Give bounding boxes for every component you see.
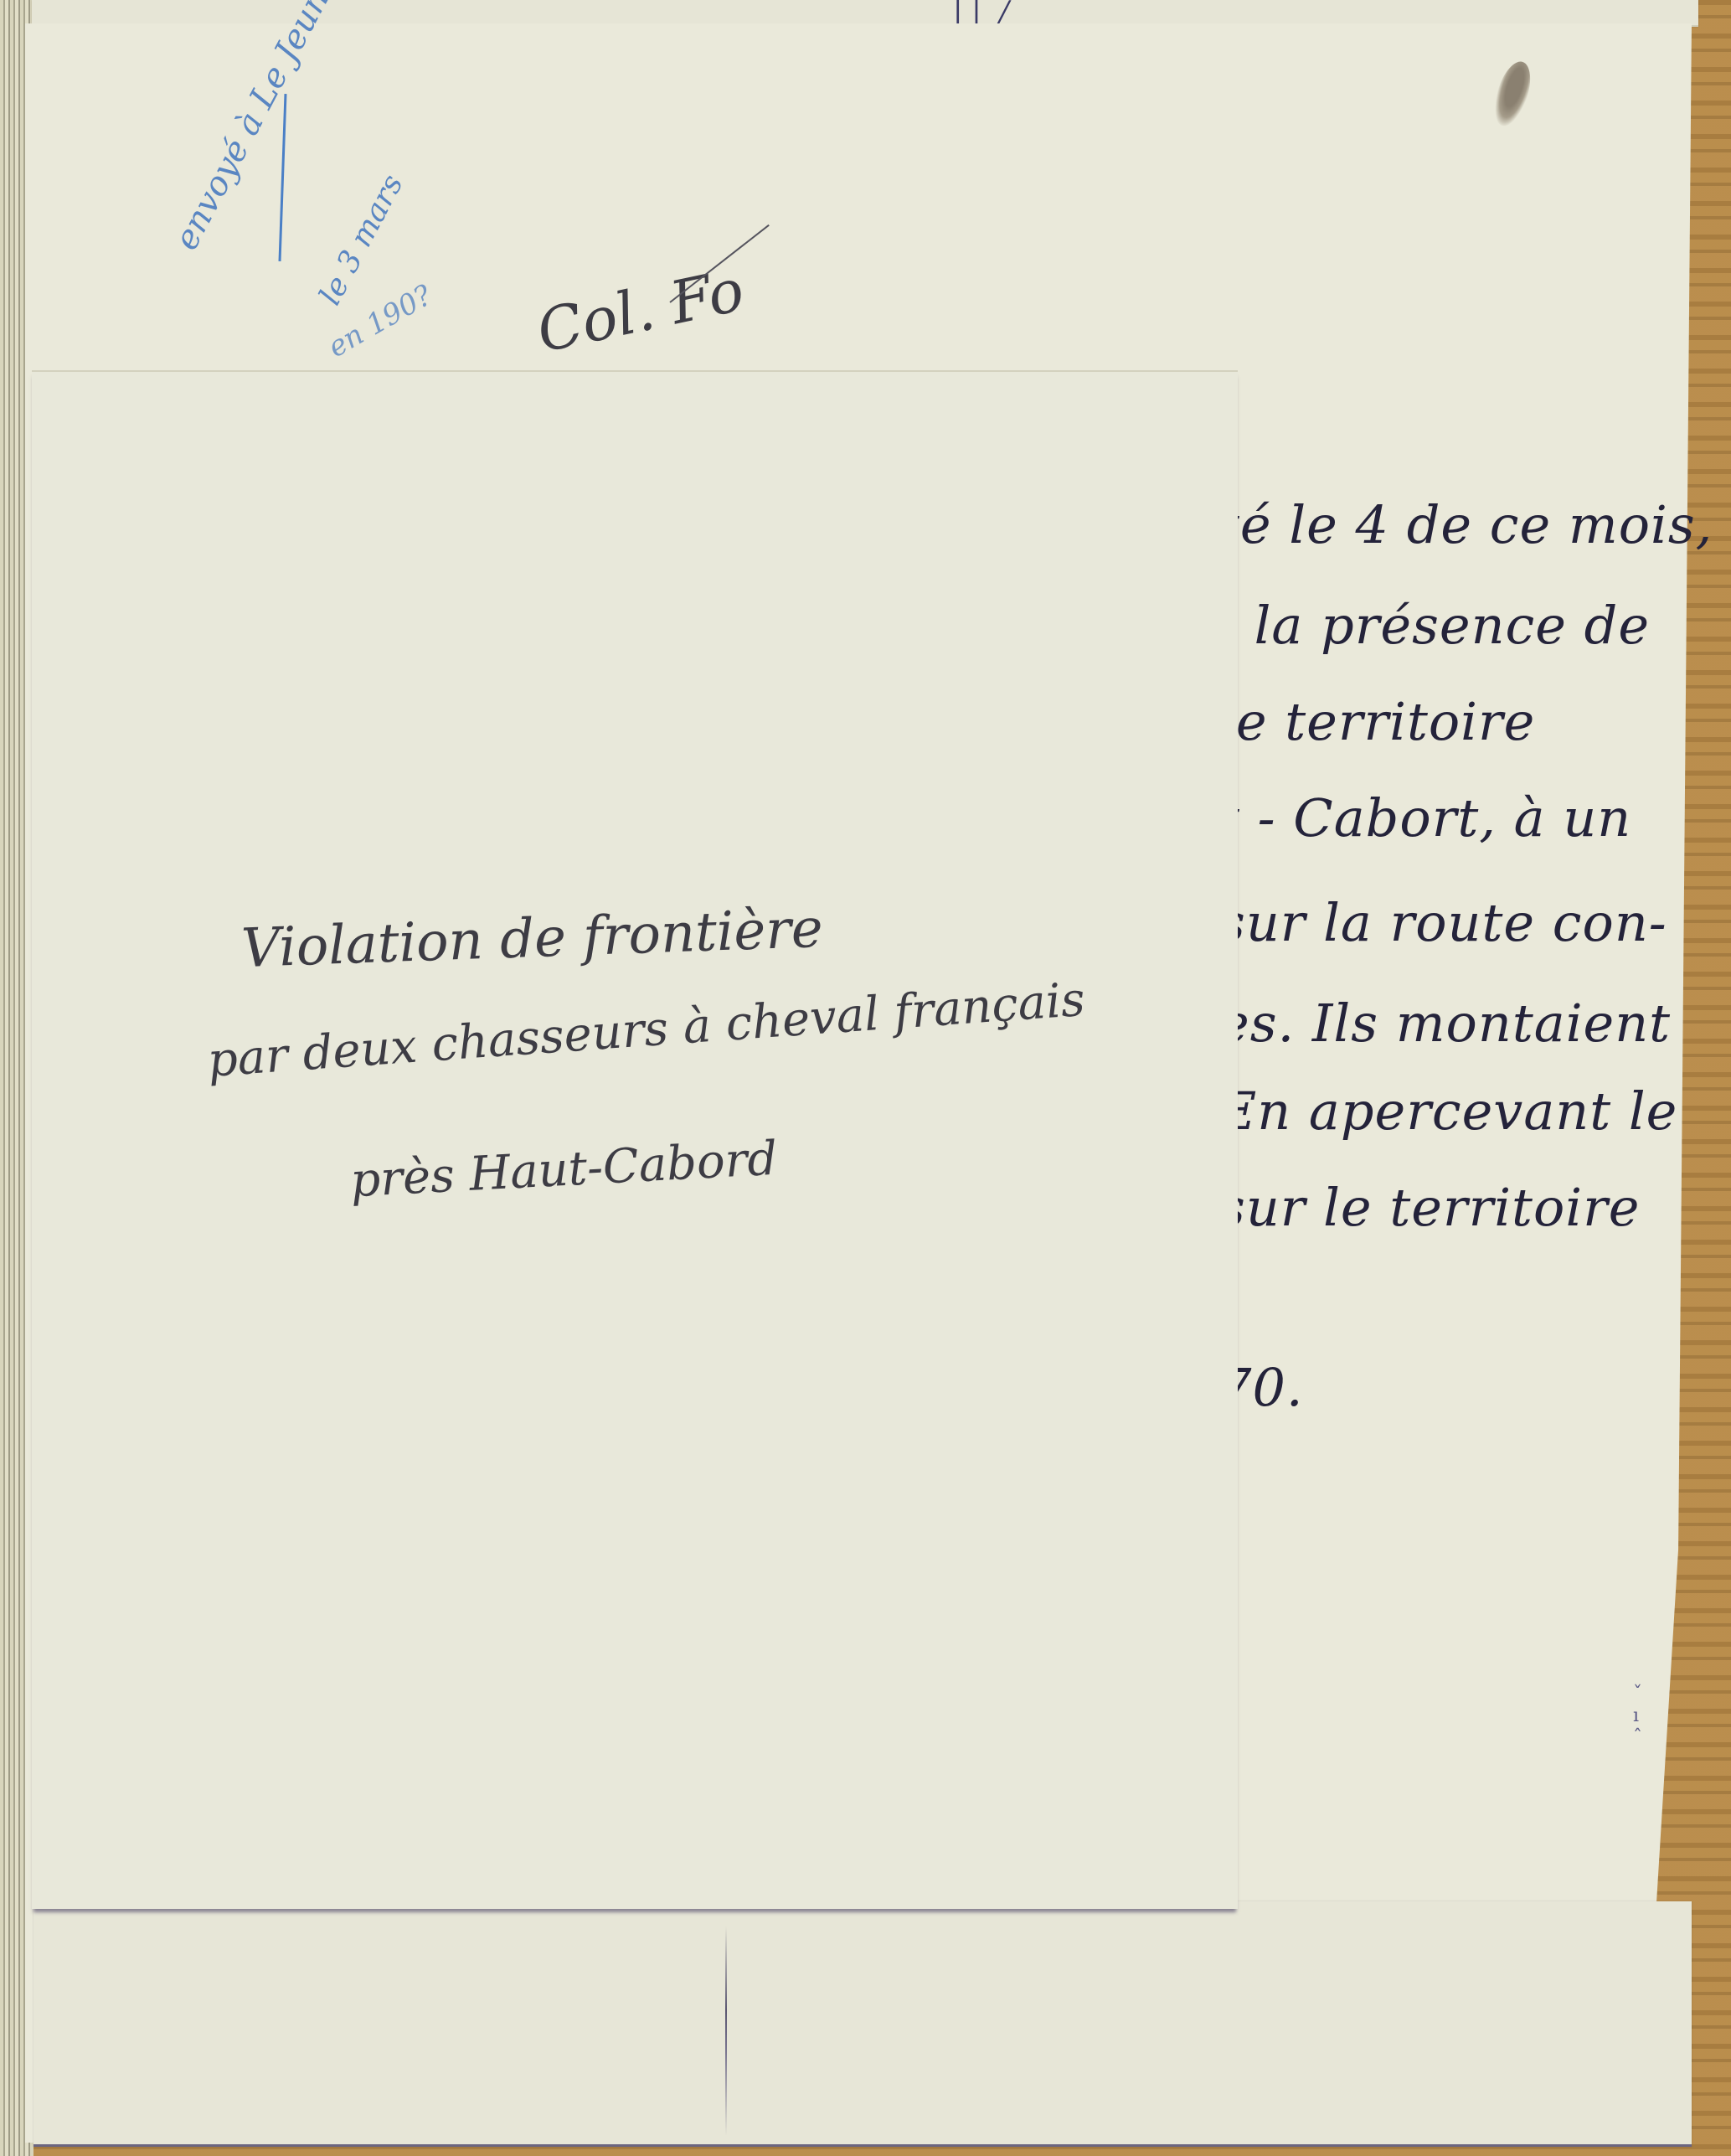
letter-line: le territoire	[1218, 691, 1535, 752]
letter-line: es. Ils montaient	[1218, 993, 1671, 1054]
letter-line: t - Cabort, à un	[1218, 787, 1631, 848]
letter-line: sur la route con-	[1218, 892, 1667, 953]
paper-crease	[725, 1926, 727, 2136]
bottom-sheet	[33, 1901, 1692, 2147]
note-line-2: par deux chasseurs à cheval français	[206, 972, 1087, 1088]
front-note-sheet: Violation de frontière par deux chasseur…	[32, 370, 1238, 1909]
torn-edge-ink-marks: ˇıˆ	[1633, 1684, 1658, 1801]
letter-line: ; la présence de	[1218, 595, 1650, 656]
note-line-1: Violation de frontière	[240, 898, 824, 980]
letter-line: En apercevant le	[1218, 1081, 1677, 1142]
note-line-3: près Haut-Cabord	[349, 1132, 779, 1209]
letter-line: té le 4 de ce mois,	[1218, 494, 1713, 555]
letter-line: sur le territoire	[1218, 1177, 1640, 1238]
